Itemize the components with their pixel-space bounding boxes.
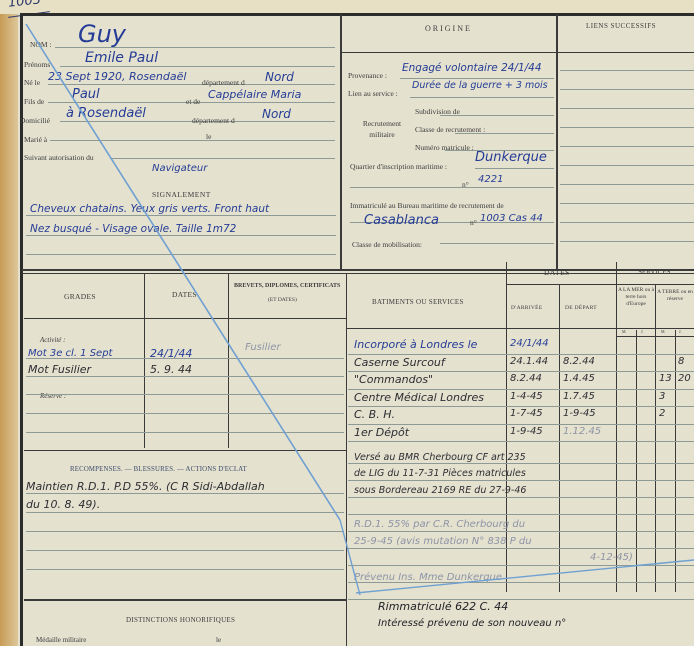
document-page: 1003 NOM : Guy Prénoms Emile Paul Né le … [0, 0, 694, 646]
cancellation-line [0, 0, 694, 646]
